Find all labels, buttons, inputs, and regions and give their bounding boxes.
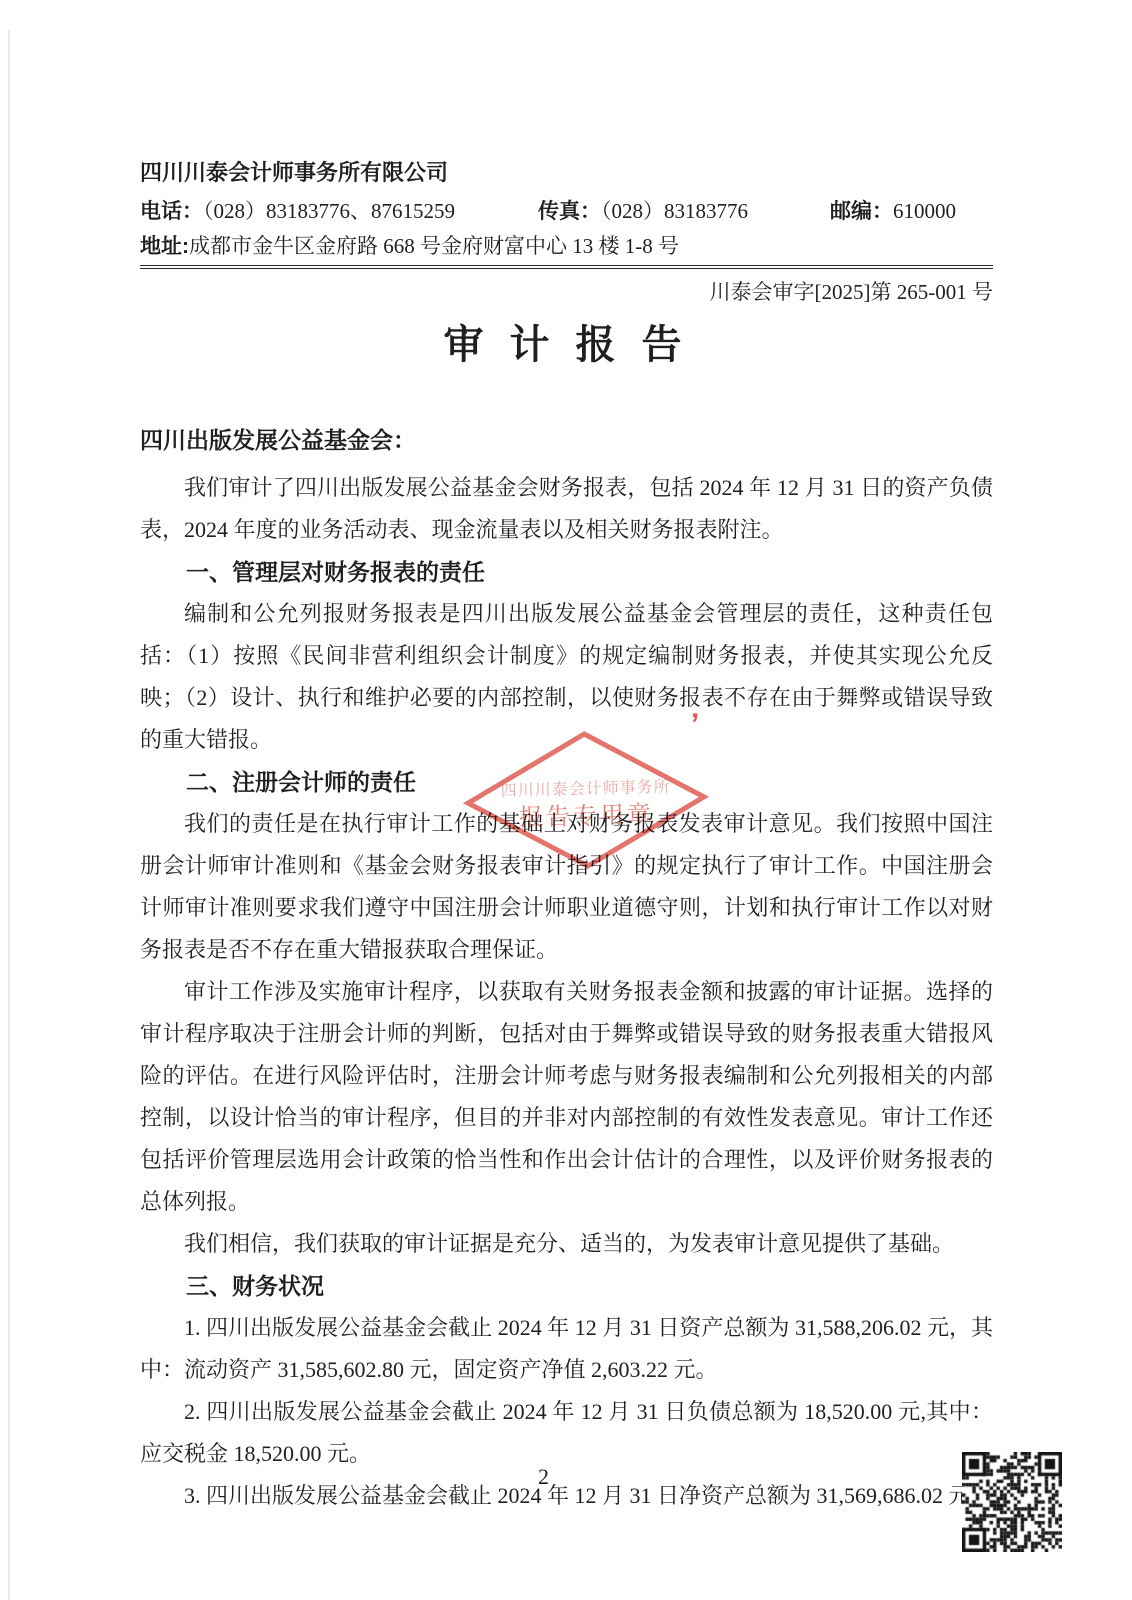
fax-label: 传真：: [538, 200, 601, 223]
body-paragraph: 编制和公允列报财务报表是四川出版发展公益基金会管理层的责任，这种责任包括：（1）…: [140, 593, 993, 761]
qr-code: [962, 1452, 1062, 1552]
section-heading: 一、管理层对财务报表的责任: [140, 551, 993, 593]
body-paragraph: 1. 四川出版发展公益基金会截止 2024 年 12 月 31 日资产总额为 3…: [140, 1307, 993, 1391]
addressee: 四川出版发展公益基金会：: [140, 419, 993, 461]
phone-label: 电话：: [140, 200, 203, 223]
body-paragraph: 我们审计了四川出版发展公益基金会财务报表，包括 2024 年 12 月 31 日…: [140, 467, 993, 551]
letterhead: 四川川泰会计师事务所有限公司 电话：（028）83183776、87615259…: [140, 160, 993, 269]
phone-field: 电话：（028）83183776、87615259: [140, 198, 538, 225]
postcode-value: 610000: [893, 199, 956, 223]
address-label: 地址:: [140, 235, 189, 258]
report-page: 四川川泰会计师事务所有限公司 电话：（028）83183776、87615259…: [140, 0, 993, 1517]
body-paragraph: 我们的责任是在执行审计工作的基础上对财务报表发表审计意见。我们按照中国注册会计师…: [140, 803, 993, 971]
fax-value: （028）83183776: [601, 199, 748, 223]
section-heading: 二、注册会计师的责任: [140, 761, 993, 803]
body-paragraph: 3. 四川出版发展公益基金会截止 2024 年 12 月 31 日净资产总额为 …: [140, 1475, 993, 1517]
document-number: 川泰会审字[2025]第 265-001 号: [140, 279, 993, 305]
body-paragraph: 审计工作涉及实施审计程序，以获取有关财务报表金额和披露的审计证据。选择的审计程序…: [140, 971, 993, 1223]
body-paragraph: 2. 四川出版发展公益基金会截止 2024 年 12 月 31 日负债总额为 1…: [140, 1391, 993, 1475]
fax-field: 传真：（028）83183776: [538, 198, 830, 225]
postcode-field: 邮编：610000: [830, 198, 993, 225]
address-line: 地址:成都市金牛区金府路 668 号金府财富中心 13 楼 1-8 号: [140, 233, 993, 269]
contact-line: 电话：（028）83183776、87615259 传真：（028）831837…: [140, 198, 993, 225]
firm-name: 四川川泰会计师事务所有限公司: [140, 160, 993, 186]
page-number: 2: [538, 1464, 549, 1490]
address-value: 成都市金牛区金府路 668 号金府财富中心 13 楼 1-8 号: [189, 234, 679, 258]
body-paragraph: 我们相信，我们获取的审计证据是充分、适当的，为发表审计意见提供了基础。: [140, 1223, 993, 1265]
postcode-label: 邮编：: [830, 200, 893, 223]
section-heading: 三、财务状况: [140, 1265, 993, 1307]
phone-value: （028）83183776、87615259: [203, 199, 455, 223]
scan-edge-artifact: [8, 30, 10, 1600]
body-blocks: 我们审计了四川出版发展公益基金会财务报表，包括 2024 年 12 月 31 日…: [140, 467, 993, 1517]
report-title: 审 计 报 告: [140, 319, 993, 371]
